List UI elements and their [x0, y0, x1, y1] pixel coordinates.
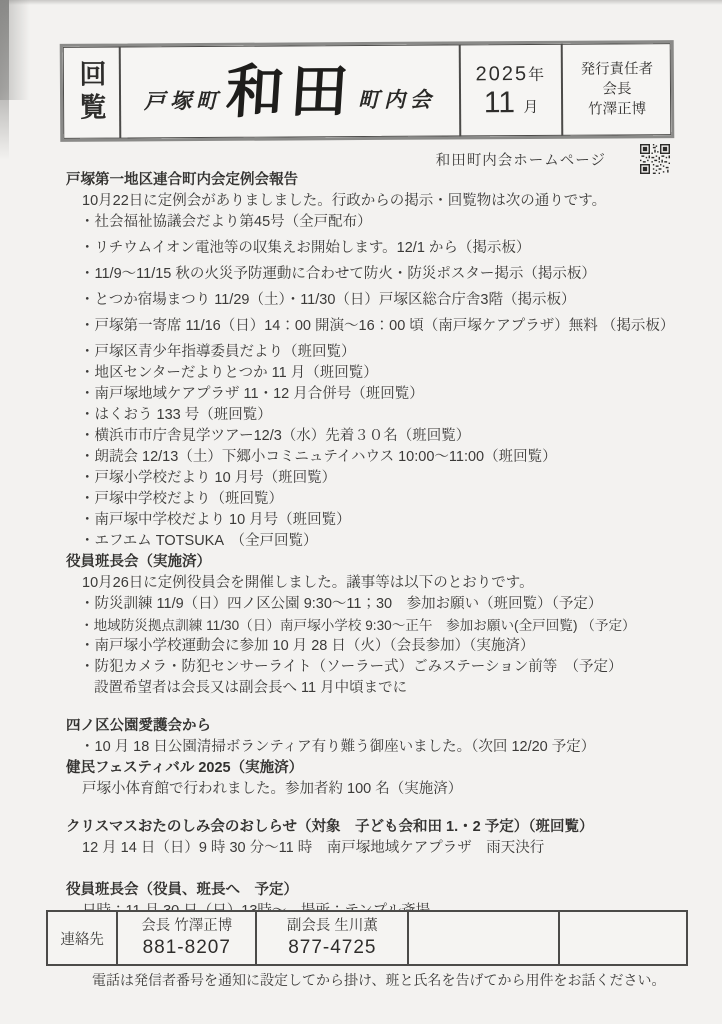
list-item: ・南戸塚中学校だより 10 月号（班回覧） — [66, 510, 702, 531]
list-item: ・戸塚区青少年指導委員だより（班回覧） — [66, 342, 702, 363]
circular-label-cell: 回覧 — [63, 47, 122, 139]
title-prefix: 戸塚町 — [144, 85, 222, 115]
issue-month-number: 11 — [484, 86, 515, 119]
section-note: 設置希望者は会長又は副会長へ 11 月中頃までに — [66, 678, 702, 699]
section-heading: 役員班長会（実施済） — [66, 552, 702, 573]
list-item: ・地区センターだよりとつか 11 月（班回覧） — [66, 363, 702, 384]
list-item: ・はくおう 133 号（班回覧） — [66, 405, 702, 426]
issue-date-cell: 2025年 11 月 — [459, 44, 564, 137]
scan-corner-shadow — [0, 0, 30, 100]
list-item: ・リチウムイオン電池等の収集えお開始します。12/1 から（掲示板） — [66, 238, 702, 259]
contact-cell-chairman: 会長 竹澤正博 881-8207 — [117, 911, 256, 965]
contact-label: 連絡先 — [47, 911, 117, 965]
phone-instruction-note: 電話は発信者番号を通知に設定してから掛け、班と氏名を告げてから用件をお話ください… — [92, 970, 665, 990]
list-item: ・11/9～11/15 秋の火災予防運動に合わせて防火・防災ポスター掲示（掲示板… — [66, 264, 702, 285]
issue-year-suffix: 年 — [528, 67, 546, 84]
contact-phone: 881-8207 — [122, 937, 251, 960]
contact-role: 副会長 生川薫 — [261, 916, 403, 936]
publisher-title: 発行責任者 — [581, 59, 654, 80]
contact-cell-empty — [408, 911, 558, 965]
contact-role: 会長 竹澤正博 — [122, 916, 251, 936]
section-heading: 健民フェスティバル 2025（実施済） — [66, 758, 702, 779]
title-suffix: 町内会 — [358, 84, 436, 114]
table-row: 連絡先 会長 竹澤正博 881-8207 副会長 生川薫 877-4725 — [47, 911, 687, 965]
list-item: ・とつか宿場まつり 11/29（土）・11/30（日）戸塚区総合庁舎3階（掲示板… — [66, 290, 702, 311]
section-yakuin-hancho-done: 役員班長会（実施済） 10月26日に定例役員会を開催しました。議事等は以下のとお… — [66, 552, 702, 699]
section-body: 12 月 14 日（日）9 時 30 分～11 時 南戸塚地域ケアプラザ 雨天決… — [66, 838, 702, 859]
list-item: ・戸塚中学校だより（班回覧） — [66, 489, 702, 510]
list-item: ・朗読会 12/13（土）下郷小コミニュテイハウス 10:00～11:00（班回… — [66, 447, 702, 468]
list-item: ・防災訓練 11/9（日）四ノ区公園 9:30～11；30 参加お願い（班回覧）… — [66, 594, 702, 615]
circular-label: 回覧 — [71, 60, 110, 126]
list-item: ・横浜市市庁舎見学ツアー12/3（水）先着３０名（班回覧） — [66, 426, 702, 447]
section-intro: 10月22日に定例会がありましました。行政からの掲示・回覧物は次の通りです。 — [66, 191, 702, 212]
publisher-name: 竹澤正博 — [588, 99, 646, 120]
section-rengokai-report: 戸塚第一地区連合町内会定例会報告 10月22日に定例会がありましました。行政から… — [66, 170, 702, 552]
list-item: ・南戸塚小学校運動会に参加 10 月 28 日（火）（会長参加）（実施済） — [66, 636, 702, 657]
contact-cell-empty — [559, 911, 687, 965]
issue-month: 11 月 — [484, 88, 539, 118]
list-item: ・戸塚小学校だより 10 月号（班回覧） — [66, 468, 702, 489]
contact-table: 連絡先 会長 竹澤正博 881-8207 副会長 生川薫 877-4725 — [46, 910, 688, 966]
section-christmas-event: クリスマスおたのしみ会のおしらせ（対象 子ども会和田 1.・2 予定）（班回覧）… — [66, 817, 702, 859]
section-heading: 戸塚第一地区連合町内会定例会報告 — [66, 170, 702, 191]
document-body: 戸塚第一地区連合町内会定例会報告 10月22日に定例会がありましました。行政から… — [66, 170, 702, 922]
contact-phone: 877-4725 — [261, 937, 403, 960]
section-kenmin-festival: 健民フェスティバル 2025（実施済） 戸塚小体育館で行われました。参加者約 1… — [66, 758, 702, 800]
issue-year-number: 2025 — [476, 63, 529, 85]
section-body: 戸塚小体育館で行われました。参加者約 100 名（実施済） — [66, 779, 702, 800]
list-item: ・社会福祉協議会だより第45号（全戸配布） — [66, 212, 702, 233]
section-heading: 四ノ区公園愛護会から — [66, 716, 702, 737]
section-heading: 役員班長会（役員、班長へ 予定） — [66, 880, 702, 901]
scanned-circular-page: 回覧 戸塚町 和田 町内会 2025年 11 月 発行責任者 会長 竹澤正博 和… — [0, 0, 722, 1024]
issue-month-suffix: 月 — [523, 99, 538, 116]
section-heading: クリスマスおたのしみ会のおしらせ（対象 子ども会和田 1.・2 予定）（班回覧） — [66, 817, 702, 838]
contact-cell-vice-chairman: 副会長 生川薫 877-4725 — [256, 911, 408, 965]
homepage-label: 和田町内会ホームページ — [436, 149, 606, 170]
list-item: ・10 月 18 日公園清掃ボランティア有り難う御座いました。（次回 12/20… — [66, 737, 702, 758]
section-intro: 10月26日に定例役員会を開催しました。議事等は以下のとおりです。 — [66, 573, 702, 594]
list-item: ・戸塚第一寄席 11/16（日）14：00 開演～16：00 頃（南戸塚ケアプラ… — [66, 316, 702, 337]
publisher-role: 会長 — [602, 79, 631, 99]
issue-year: 2025年 — [476, 62, 547, 86]
association-title: 戸塚町 和田 町内会 — [121, 44, 460, 138]
scan-edge-top — [0, 0, 722, 5]
publisher-cell: 発行責任者 会長 竹澤正博 — [563, 43, 672, 136]
header-box: 回覧 戸塚町 和田 町内会 2025年 11 月 発行責任者 会長 竹澤正博 — [60, 40, 675, 142]
section-park-aigokai: 四ノ区公園愛護会から ・10 月 18 日公園清掃ボランティア有り難う御座いまし… — [66, 716, 702, 758]
title-name: 和田 — [224, 62, 356, 121]
list-item: ・地域防災拠点訓練 11/30（日）南戸塚小学校 9:30～正午 参加お願い(全… — [66, 615, 702, 636]
list-item: ・防犯カメラ・防犯センサーライト（ソーラー式）ごみステーション前等 （予定） — [66, 657, 702, 678]
list-item: ・南戸塚地域ケアプラザ 11・12 月合併号（班回覧） — [66, 384, 702, 405]
list-item: ・エフエム TOTSUKA （全戸回覧） — [66, 531, 702, 552]
